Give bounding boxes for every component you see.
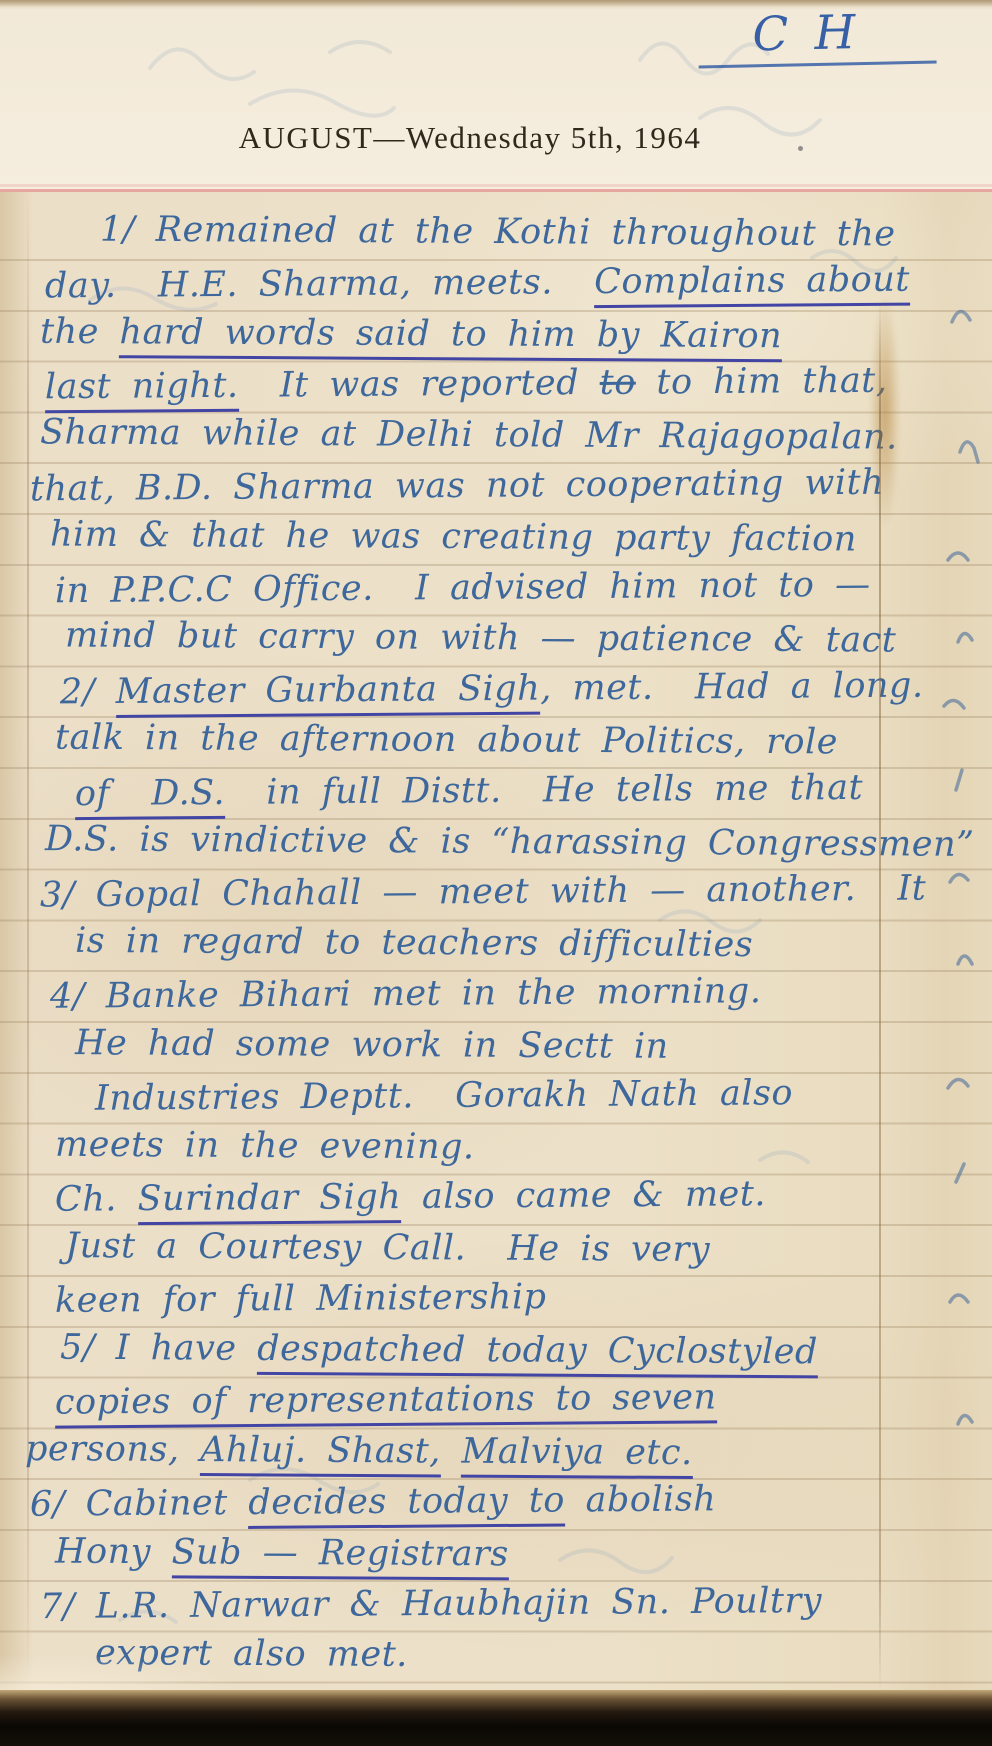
handwriting-line: of D.S. in full Distt. He tells me that [75,768,863,826]
handwriting-segment: copies of representations to seven [55,1377,717,1428]
handwriting-segment: Industries Deptt. Gorakh Nath also [95,1073,793,1118]
handwriting-line: mind but carry on with — patience & tact [65,615,897,672]
scanned-diary-page: CH AUGUST—Wednesday 5th, 1964 1/ Remaine… [0,0,992,1746]
handwriting-line: D.S. is vindictive & is “harassing Congr… [45,819,975,877]
handwriting-segment: day. H.E. Sharma, meets. [45,262,594,306]
handwriting-segment: 6/ Cabinet [30,1483,249,1525]
handwriting-segment: 5/ I have [60,1328,257,1369]
handwriting-segment: Ch. [55,1179,138,1220]
handwriting-line: is in regard to teachers difficulties [75,921,753,977]
handwriting-segment: 3/ Gopal Chahall — meet with — another. … [40,869,927,916]
handwriting-line: the hard words said to him by Kairon [40,312,782,369]
handwriting-line: 4/ Banke Bihari met in the morning. [50,971,762,1029]
handwriting-segment: persons, [25,1429,200,1470]
handwriting-line: meets in the evening. [55,1125,475,1180]
handwriting-segment: , met. Had a long. [540,666,924,709]
handwriting-segment: Surindar Sigh [137,1177,401,1225]
handwriting-line: that, B.D. Sharma was not cooperating wi… [30,463,885,522]
handwriting-segment: in P.P.C.C Office. I advised him not to … [55,565,871,611]
handwriting-line: in P.P.C.C Office. I advised him not to … [55,565,871,623]
handwriting-segment: D.S. is vindictive & is “harassing Congr… [45,819,975,865]
page-edge-line [879,300,881,1692]
handwriting-segment: Sharma while at Delhi told Mr Rajagopala… [40,412,898,457]
handwriting-segment: that, B.D. Sharma was not cooperating wi… [30,463,885,510]
handwriting-segment: him & that he was creating party faction [50,515,857,560]
bottom-gutter-shadow [0,1690,992,1746]
handwriting-line: Sharma while at Delhi told Mr Rajagopala… [40,412,898,469]
handwriting-segment: the [40,312,120,352]
handwriting-segment: It was reported [238,363,599,406]
handwriting-line: talk in the afternoon about Politics, ro… [55,718,838,775]
handwriting-segment: of D.S. [75,773,225,820]
handwriting-line: Just a Courtesy Call. He is very [65,1226,710,1282]
handwriting-line: 1/ Remained at the Kothi throughout the [100,210,896,267]
handwriting-line: last night. It was reported to to him th… [45,361,888,420]
handwriting-block: 1/ Remained at the Kothi throughout thed… [0,0,992,1700]
handwriting-segment: 7/ L.R. Narwar & Haubhajin Sn. Poultry [40,1581,822,1627]
handwriting-line: 5/ I have despatched today Cyclostyled [60,1328,818,1385]
handwriting-line: Ch. Surindar Sigh also came & met. [55,1174,766,1232]
handwriting-line: keen for full Ministership [55,1277,547,1333]
ink-stain [870,296,900,526]
handwriting-segment: hard words said to him by Kairon [119,312,782,362]
handwriting-segment: Master Gurbanta Sigh [115,669,540,718]
handwriting-segment: Ahluj. Shast, [200,1430,441,1477]
handwriting-segment: 1/ Remained at the Kothi throughout the [100,210,896,255]
handwriting-line: Industries Deptt. Gorakh Nath also [95,1073,793,1130]
handwriting-segment: mind but carry on with — patience & tact [65,615,897,660]
handwriting-segment: Hony [55,1532,172,1573]
handwriting-line: 3/ Gopal Chahall — meet with — another. … [40,869,927,928]
handwriting-line: Hony Sub — Registrars [55,1532,509,1587]
handwriting-segment: Malviya etc. [461,1432,692,1479]
handwriting-segment: despatched today Cyclostyled [257,1329,818,1378]
handwriting-segment: to [600,363,636,403]
handwriting-line: him & that he was creating party faction [50,515,857,572]
handwriting-line: 6/ Cabinet decides today to abolish [30,1479,717,1536]
handwriting-segment: 2/ [60,672,116,712]
handwriting-line: He had some work in Sectt in [75,1023,669,1079]
handwriting-segment: last night. [45,366,239,414]
handwriting-segment: abolish [565,1479,717,1520]
handwriting-line: 2/ Master Gurbanta Sigh, met. Had a long… [60,666,924,725]
handwriting-segment: talk in the afternoon about Politics, ro… [55,718,838,763]
handwriting-segment: is in regard to teachers difficulties [75,921,753,965]
handwriting-segment: meets in the evening. [55,1125,475,1168]
handwriting-line: 7/ L.R. Narwar & Haubhajin Sn. Poultry [40,1581,822,1639]
handwriting-line: copies of representations to seven [55,1377,717,1434]
handwriting-segment: in full Distt. He tells me that [225,768,863,813]
handwriting-segment: He had some work in Sectt in [75,1023,669,1067]
handwriting-segment: Just a Courtesy Call. He is very [65,1226,710,1270]
handwriting-segment: Sub — Registrars [171,1532,508,1580]
handwriting-segment: Complains about [594,260,910,308]
handwriting-segment [441,1432,462,1472]
handwriting-segment: 4/ Banke Bihari met in the morning. [50,971,762,1017]
handwriting-segment: keen for full Ministership [55,1277,547,1321]
handwriting-segment: to him that, [636,361,888,403]
handwriting-line: day. H.E. Sharma, meets. Complains about [45,260,910,319]
handwriting-segment: decides today to [248,1480,565,1528]
handwriting-line: persons, Ahluj. Shast, Malviya etc. [25,1429,693,1485]
handwriting-segment: also came & met. [401,1174,766,1217]
